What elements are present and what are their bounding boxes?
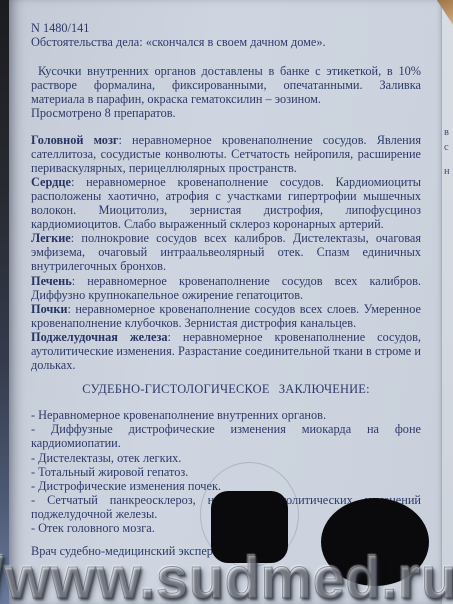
adjacent-page-letter: н (444, 167, 450, 178)
organ-label-liver: Печень (31, 274, 72, 288)
organ-label-kidneys: Почки (31, 302, 68, 316)
organ-label-lungs: Легкие (31, 231, 71, 245)
conclusion-heading: СУДЕБНО-ГИСТОЛОГИЧЕСКОЕ ЗАКЛЮЧЕНИЕ: (31, 382, 421, 396)
document-photo: N 1480/141 Обстоятельства дела: «скончал… (0, 0, 453, 604)
adjacent-page-letter: в (444, 128, 449, 139)
photo-left-edge (0, 0, 9, 604)
watermark-sudmed: /www.sudmed.ru (0, 550, 453, 604)
finding-liver: Печень: неравномерное кровенаполнение со… (31, 274, 421, 302)
conclusion-item: - Неравномерное кровенаполнение внутренн… (31, 408, 421, 422)
materials-paragraph: Кусочки внутренних органов доставлены в … (31, 64, 421, 106)
conclusion-item: - Дистелектазы, отек легких. (31, 451, 421, 465)
organ-label-brain: Головной мозг (31, 133, 118, 147)
finding-text-heart: : неравномерное кровенаполнение сосудов.… (31, 175, 421, 231)
finding-text-lungs: : полнокровие сосудов всех калибров. Дис… (31, 231, 421, 273)
reviewed-count: Просмотрено 8 препаратов. (31, 106, 421, 120)
finding-lungs: Легкие: полнокровие сосудов всех калибро… (31, 231, 421, 273)
case-circumstances: Обстоятельства дела: «скончался в своем … (31, 35, 421, 49)
finding-pancreas: Поджелудочная железа: неравномерное кров… (31, 330, 421, 372)
adjacent-page-edge: в с н (441, 0, 453, 604)
adjacent-page-letter: с (444, 143, 449, 154)
finding-text-kidneys: : неравномерное кровенаполнение сосудов … (31, 302, 421, 330)
case-number: N 1480/141 (31, 21, 421, 35)
organ-label-heart: Сердце (31, 175, 71, 189)
finding-text-liver: : неравномерное кровенаполнение сосудов … (31, 274, 421, 302)
conclusion-item: - Диффузные дистрофические изменения мио… (31, 422, 421, 450)
finding-kidneys: Почки: неравномерное кровенаполнение сос… (31, 302, 421, 330)
finding-heart: Сердце: неравномерное кровенаполнение со… (31, 175, 421, 231)
organ-label-pancreas: Поджелудочная железа (31, 330, 168, 344)
finding-brain: Головной мозг: неравномерное кровенаполн… (31, 133, 421, 175)
